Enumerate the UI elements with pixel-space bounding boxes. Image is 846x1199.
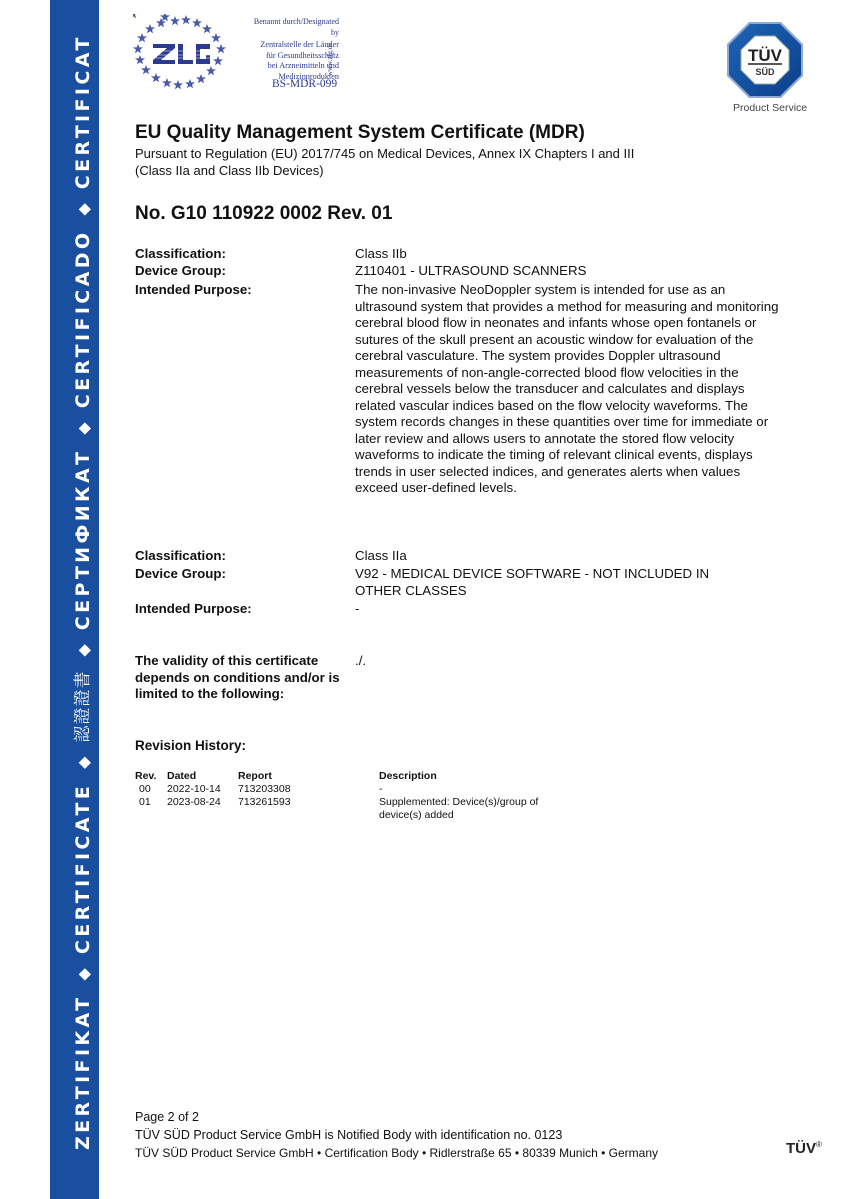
intended-purpose-value: The non-invasive NeoDoppler system is in… [355, 282, 783, 497]
tuv-caption: Product Service [733, 102, 807, 114]
diamond-icon: ◆ [76, 203, 92, 215]
certificate-number: No. G10 110922 0002 Rev. 01 [135, 203, 392, 225]
intended-purpose-value: - [355, 601, 785, 618]
device-group-row: Device Group: V92 - MEDICAL DEVICE SOFTW… [135, 566, 755, 599]
column-header-dated: Dated [167, 770, 238, 783]
tuv-logo-text: TÜV [748, 46, 783, 65]
device-group-label: Device Group: [135, 566, 355, 599]
notified-body-statement: TÜV SÜD Product Service GmbH is Notified… [135, 1126, 658, 1144]
band-word: СЕРТИФИКАТ [72, 449, 94, 631]
revision-history-title: Revision History: [135, 738, 246, 753]
zlg-code: BS-MDR-099 [272, 78, 337, 90]
band-word: CERTIFICADO [72, 230, 94, 409]
classification-row: Classification: Class IIa [135, 548, 785, 565]
diamond-icon: ◆ [76, 422, 92, 434]
page-title: EU Quality Management System Certificate… [135, 122, 585, 144]
table-header-row: Rev. Dated Report Description [135, 770, 579, 783]
zlg-designated-by: Benannt durch/Designated by [253, 17, 339, 38]
registered-mark: ® [816, 1140, 822, 1149]
side-band-text: ZERTIFIKAT◆CERTIFICATE◆認證證書◆СЕРТИФИКАТ◆C… [74, 34, 93, 1150]
page-number: Page 2 of 2 [135, 1108, 658, 1126]
classification-value: Class IIa [355, 548, 785, 565]
dated-cell: 2023-08-24 [167, 796, 238, 822]
device-group-label: Device Group: [135, 263, 355, 280]
intended-purpose-row: Intended Purpose: The non-invasive NeoDo… [135, 282, 783, 497]
band-word: 認證證書 [73, 671, 93, 743]
page-footer: Page 2 of 2 TÜV SÜD Product Service GmbH… [135, 1108, 658, 1162]
band-word: CERTIFICAT [72, 34, 94, 189]
band-word: CERTIFICATE [72, 783, 94, 954]
device-group-value: V92 - MEDICAL DEVICE SOFTWARE - NOT INCL… [355, 566, 755, 599]
diamond-icon: ◆ [76, 644, 92, 656]
report-cell: 713261593 [238, 796, 379, 822]
rev-cell: 00 [135, 783, 167, 796]
band-word: ZERTIFIKAT [72, 994, 94, 1150]
zlg-mark-icon [151, 44, 213, 64]
validity-value: ./. [355, 653, 785, 703]
subtitle-line: (Class IIa and Class IIb Devices) [135, 163, 735, 180]
description-cell: - [379, 783, 579, 796]
table-row: 01 2023-08-24 713261593 Supplemented: De… [135, 796, 579, 822]
column-header-rev: Rev. [135, 770, 167, 783]
diamond-icon: ◆ [76, 757, 92, 769]
issuer-address: TÜV SÜD Product Service GmbH • Certifica… [135, 1144, 658, 1162]
rev-cell: 01 [135, 796, 167, 822]
intended-purpose-row: Intended Purpose: - [135, 601, 785, 618]
zlg-website: www.zlg.de [326, 43, 334, 76]
classification-row: Classification: Class IIb [135, 246, 785, 263]
diamond-icon: ◆ [76, 968, 92, 980]
device-group-row: Device Group: Z110401 - ULTRASOUND SCANN… [135, 263, 785, 280]
intended-purpose-label: Intended Purpose: [135, 282, 355, 497]
validity-row: The validity of this certificate depends… [135, 653, 785, 703]
tuv-sud-logo: TÜV SÜD [727, 22, 803, 98]
column-header-description: Description [379, 770, 579, 783]
tuv-mark-text: TÜV [786, 1140, 816, 1157]
revision-history-table: Rev. Dated Report Description 00 2022-10… [135, 770, 579, 822]
report-cell: 713203308 [238, 783, 379, 796]
dated-cell: 2022-10-14 [167, 783, 238, 796]
sud-logo-text: SÜD [755, 67, 775, 77]
subtitle-line: Pursuant to Regulation (EU) 2017/745 on … [135, 146, 735, 163]
page-subtitle: Pursuant to Regulation (EU) 2017/745 on … [135, 146, 735, 179]
validity-label-text: The validity of this certificate depends… [135, 653, 345, 703]
column-header-report: Report [238, 770, 379, 783]
intended-purpose-label: Intended Purpose: [135, 601, 355, 618]
classification-label: Classification: [135, 548, 355, 565]
validity-label: The validity of this certificate depends… [135, 653, 355, 703]
description-cell: Supplemented: Device(s)/group of device(… [379, 796, 579, 822]
table-row: 00 2022-10-14 713203308 - [135, 783, 579, 796]
classification-label: Classification: [135, 246, 355, 263]
classification-value: Class IIb [355, 246, 785, 263]
tuv-footer-mark: TÜV® [786, 1140, 822, 1157]
device-group-value: Z110401 - ULTRASOUND SCANNERS [355, 263, 785, 280]
